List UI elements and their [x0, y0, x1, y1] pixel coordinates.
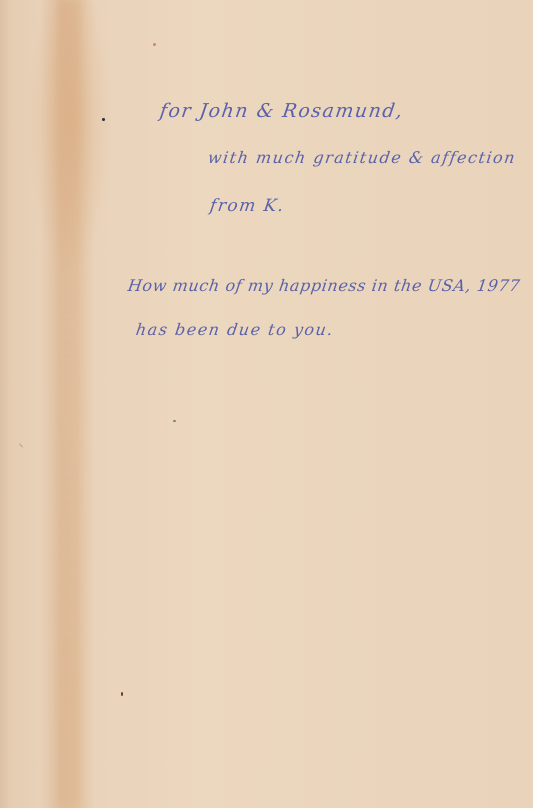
page-edge-shadow [0, 0, 10, 808]
foxing-spot [173, 420, 176, 422]
inscription-dedication-line-3: from K. [209, 196, 287, 216]
foxing-spot [19, 443, 24, 448]
inscription-note-line-1: How much of my happiness in the USA, 197… [127, 276, 522, 295]
foxing-spot [121, 692, 123, 696]
book-endpaper: for John & Rosamund, with much gratitude… [0, 0, 533, 808]
inscription-dedication-line-2: with much gratitude & affection [207, 148, 518, 167]
foxing-spot [153, 43, 156, 46]
inscription-dedication-line-1: for John & Rosamund, [158, 100, 405, 122]
ink-dot [102, 118, 105, 121]
foxing-stain [58, 0, 80, 808]
inscription-note-line-2: has been due to you. [135, 320, 336, 339]
